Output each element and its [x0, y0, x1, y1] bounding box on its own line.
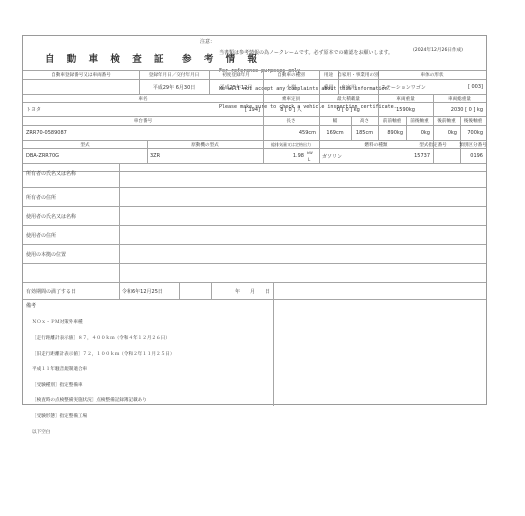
value-height: 185cm: [351, 126, 378, 140]
value-displacement: 1.98: [263, 149, 307, 163]
remarks-line: ［検査時の点検整備実施状況］点検整備記録簿記載あり: [32, 398, 174, 403]
value-use: 乗用: [319, 80, 338, 94]
header-length: 長さ: [263, 117, 319, 125]
header-height: 高さ: [351, 117, 378, 125]
header-first-registration: 初度登録年月: [209, 71, 263, 79]
header-width: 幅: [319, 117, 351, 125]
label-user-name: 使用者の氏名又は名称: [23, 207, 119, 225]
header-model: 型式: [23, 141, 147, 148]
value-first-registration: 平成25年12月: [209, 80, 263, 94]
value-max-load: 0 [ 0 ] kg: [319, 103, 378, 116]
value-chassis-no: ZRR70-0589087: [23, 126, 263, 140]
header-model-designation: 型式指定番号: [406, 141, 460, 148]
value-gross-weight: 2030 [ 0 ] kg: [433, 103, 486, 116]
created-date: (2024年12月26日作成): [413, 47, 463, 53]
notice-label: 注意：: [200, 38, 215, 45]
value-ff-axle: 890kg: [378, 126, 406, 140]
remarks-line: ＮＯｘ・ＰＭ対策外車種: [32, 320, 174, 325]
value-model-designation: 15737: [406, 149, 433, 163]
label-base-location: 使用の本拠の位置: [23, 245, 119, 263]
header-category-no: 類別区分番号: [460, 141, 486, 148]
header-use: 用途: [319, 71, 338, 79]
value-fr-axle: 0kg: [406, 126, 433, 140]
remarks-text: ＮＯｘ・ＰＭ対策外車種 ［走行距離計表示値］８７，４００ｋｍ（令和４年１２月２６…: [32, 310, 174, 445]
header-capacity: 乗車定員: [263, 95, 319, 102]
header-private-business: 自家用・事業用の別: [338, 71, 378, 79]
header-rr-axle: 後後軸重: [460, 117, 486, 125]
header-maker: 車名: [23, 95, 263, 102]
value-category-no: 0196: [460, 149, 486, 163]
value-expiry: 令和6年12月25日: [119, 283, 179, 299]
remarks-line: 以下空白: [32, 430, 174, 435]
value-rr-axle: 700kg: [460, 126, 486, 140]
value-private-business: 自家用: [338, 80, 378, 94]
header-gross-weight: 車両総重量: [433, 95, 486, 102]
header-chassis-no: 車台番号: [23, 117, 263, 125]
header-engine-model: 原動機の型式: [147, 141, 263, 148]
blank-date: 年 月 日: [211, 283, 273, 299]
value-registration-no: [23, 80, 139, 94]
header-vehicle-type: 自動車の種別: [263, 71, 319, 79]
remarks-title: 備考: [26, 302, 36, 309]
label-user-address: 使用者の住所: [23, 226, 119, 244]
header-fr-axle: 前後軸重: [406, 117, 433, 125]
label-expiry: 有効期間の満了する日: [23, 283, 119, 299]
value-registration-date: 平成29年 6月30日: [139, 80, 209, 94]
header-displacement: 総排気量又は定格出力: [263, 141, 319, 148]
value-engine-model: 3ZR: [147, 149, 263, 163]
header-registration-no: 自動車登録番号又は車両番号: [23, 71, 139, 79]
divider: [23, 299, 486, 300]
header-rf-axle: 後前軸重: [433, 117, 460, 125]
header-body-shape: 車体の形状: [378, 71, 486, 79]
value-rf-axle: 0kg: [433, 126, 460, 140]
value-maker: トヨタ: [23, 103, 143, 116]
label-owner-address: 所有者の住所: [23, 188, 119, 206]
remarks-line: ［走行距離計表示値］８７，４００ｋｍ（令和４年１２月２６日）: [32, 336, 174, 341]
notice-line-jp: 当書類は参考情報の為ノークレームです。必ず原本での確認をお願いします。: [219, 50, 397, 56]
header-ff-axle: 前前軸重: [378, 117, 406, 125]
header-max-load: 最大積載量: [319, 95, 378, 102]
divider: [23, 263, 486, 264]
value-vehicle-type: 小型: [263, 80, 319, 94]
remarks-line: ［受験形態］指定整備工場: [32, 414, 174, 419]
header-weight: 車両重量: [378, 95, 433, 102]
value-weight: 1590kg: [378, 103, 433, 116]
value-fuel: ガソリン: [319, 149, 406, 163]
inspection-certificate-sheet: 自 動 車 検 査 証 参 考 情 報 注意： 当書類は参考情報の為ノークレーム…: [22, 35, 487, 405]
value-capacity: 8 [ 0 ] 人: [263, 103, 319, 116]
remarks-line: 平成１１年騒音規制適合車: [32, 367, 174, 372]
value-maker-code: [ 194]: [203, 103, 263, 116]
label-owner-name: 所有者の氏名又は名称: [23, 164, 119, 182]
remarks-line: ［旧走行距離計表示値］７２，１００ｋｍ（令和２年１１月２５日）: [32, 352, 174, 357]
value-model: DBA-ZRR70G: [23, 149, 147, 163]
header-registration-date: 登録年月日／交付年月日: [139, 71, 209, 79]
remarks-line: ［受験種別］指定整備車: [32, 383, 174, 388]
value-body-shape-code: [ 003]: [443, 80, 486, 94]
value-length: 459cm: [263, 126, 319, 140]
value-width: 169cm: [319, 126, 351, 140]
